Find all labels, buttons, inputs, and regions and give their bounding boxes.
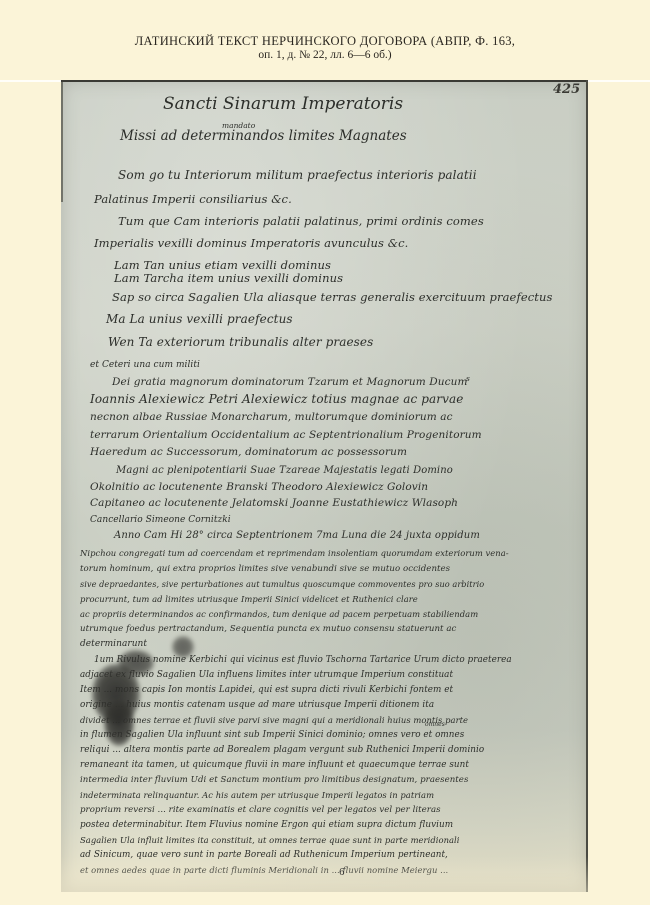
- manuscript-line: Wen Ta exteriorum tribunalis alter praes…: [108, 335, 373, 349]
- ink-stain: [172, 636, 194, 658]
- manuscript-line: Okolnitio ac locutenente Branski Theodor…: [90, 481, 428, 493]
- document-caption: ЛАТИНСКИЙ ТЕКСТ НЕРЧИНСКОГО ДОГОВОРА (АВ…: [0, 34, 650, 62]
- manuscript-line: Sap so circa Sagalien Ula aliasque terra…: [112, 290, 553, 304]
- manuscript-line: necnon albae Russiae Monarcharum, multor…: [90, 411, 453, 423]
- manuscript-line: in flumen Sagalien Ula influunt sint sub…: [80, 730, 464, 740]
- page-number: 6: [339, 868, 345, 878]
- manuscript-line: utrumque foedus pertractandum, Sequentia…: [80, 624, 456, 634]
- manuscript-line: reliqui ... altera montis parte ad Borea…: [80, 745, 484, 755]
- manuscript-line: Haeredum ac Successorum, dominatorum ac …: [90, 446, 407, 458]
- folio-number: 425: [553, 82, 580, 97]
- manuscript-line: et Ceteri una cum militi: [90, 360, 200, 370]
- manuscript-line: terrarum Orientalium Occidentalium ac Se…: [90, 429, 482, 441]
- manuscript-line: Som go tu Interiorum militum praefectus …: [118, 168, 477, 182]
- manuscript-heading-title: Sancti Sinarum Imperatoris: [163, 94, 403, 114]
- manuscript-line: Tum que Cam interioris palatii palatinus…: [118, 214, 484, 228]
- manuscript-line: intermedia inter fluvium Udi et Sanctum …: [80, 775, 468, 785]
- sheet-faded-bottom: [61, 856, 588, 892]
- manuscript-line: Capitaneo ac locutenente Jelatomski Joan…: [90, 497, 458, 509]
- manuscript-line: Lam Tarcha item unius vexilli dominus: [114, 271, 343, 285]
- manuscript-line: 1um Rivulus nomine Kerbichi qui vicinus …: [94, 655, 512, 665]
- sheet-edge-left: [61, 82, 63, 202]
- manuscript-line: Cancellario Simeone Cornitzki: [90, 515, 231, 525]
- manuscript-line: Nipchou congregati tum ad coercendam et …: [80, 548, 509, 558]
- manuscript-line: Anno Cam Hi 28° circa Septentrionem 7ma …: [114, 530, 480, 541]
- manuscript-line: dividet ... omnes terrae et fluvii sive …: [80, 715, 468, 725]
- manuscript-line: Palatinus Imperii consiliarius &c.: [94, 192, 292, 206]
- manuscript-line: Magni ac plenipotentiarii Suae Tzareae M…: [116, 465, 453, 476]
- ink-stain: [104, 700, 134, 746]
- manuscript-line: Lam Tan unius etiam vexilli dominus: [114, 258, 331, 272]
- manuscript-line: torum hominum, qui extra proprios limite…: [80, 564, 450, 574]
- manuscript-line: proprium reversi ... rite examinatis et …: [80, 805, 441, 815]
- interlinear-note: s: [466, 374, 470, 383]
- manuscript-line: Ioannis Alexiewicz Petri Alexiewicz toti…: [90, 392, 463, 406]
- manuscript-line: Ma La unius vexilli praefectus: [106, 312, 293, 326]
- manuscript-line: Sagalien Ula influit limites ita constit…: [80, 835, 460, 845]
- manuscript-line: indeterminata relinquantur. Ac his autem…: [80, 790, 434, 800]
- manuscript-line: Dei gratia magnorum dominatorum Tzarum e…: [112, 376, 468, 388]
- ink-stain: [118, 650, 154, 676]
- manuscript-line: remaneant ita tamen, ut quicumque fluvii…: [80, 760, 469, 770]
- sheet-edge-top: [61, 80, 588, 82]
- caption-line-1: ЛАТИНСКИЙ ТЕКСТ НЕРЧИНСКОГО ДОГОВОРА (АВ…: [0, 34, 650, 48]
- manuscript-line: Imperialis vexilli dominus Imperatoris a…: [94, 236, 408, 250]
- manuscript-line: procurrunt, tum ad limites utriusque Imp…: [80, 594, 418, 604]
- manuscript-line: ac propriis determinandos ac confirmando…: [80, 609, 478, 619]
- interlinear-note: omnes: [425, 721, 445, 728]
- manuscript-line: sive depraedantes, sive perturbationes a…: [80, 579, 484, 589]
- manuscript-heading-subtitle: Missi ad determinandos limites Magnates: [120, 128, 407, 144]
- sheet-edge-right: [586, 80, 588, 892]
- caption-line-2: оп. 1, д. № 22, лл. 6—6 об.): [0, 48, 650, 62]
- manuscript-line: postea determinabitur. Item Fluvius nomi…: [80, 820, 453, 830]
- manuscript-line: determinarunt: [80, 639, 147, 649]
